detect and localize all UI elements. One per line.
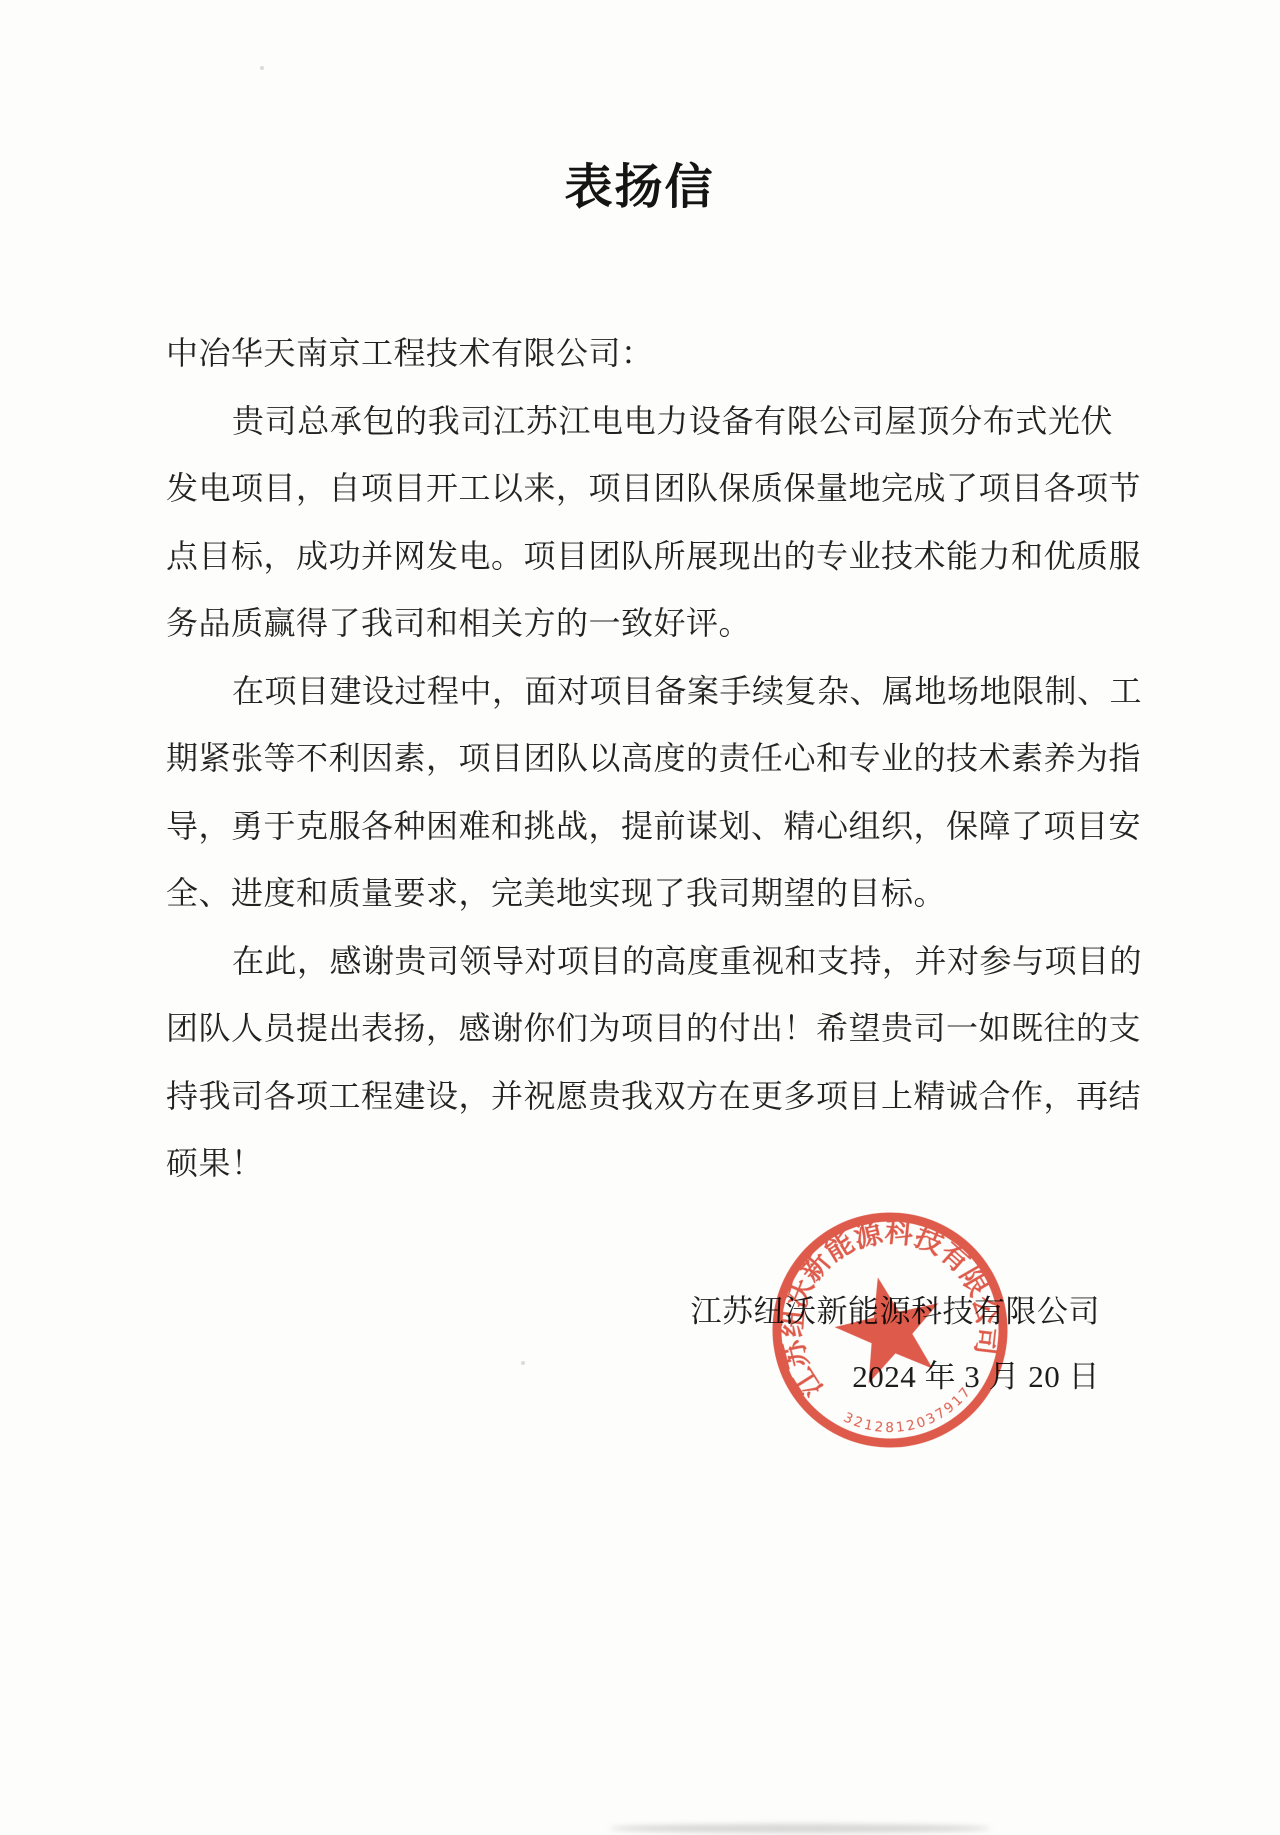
letter-title: 表扬信 [166,148,1113,217]
body-line: 持我司各项工程建设，并祝愿贵我双方在更多项目上精诚合作，再结 [166,1063,1113,1131]
body-line: 发电项目，自项目开工以来，项目团队保质保量地完成了项目各项节 [166,455,1113,523]
body-line: 导，勇于克服各种困难和挑战，提前谋划、精心组织，保障了项目安 [166,793,1113,861]
salutation: 中冶华天南京工程技术有限公司： [166,320,1113,388]
body-line: 在项目建设过程中，面对项目备案手续复杂、属地场地限制、工 [166,658,1113,726]
body-line: 在此，感谢贵司领导对项目的高度重视和支持，并对参与项目的 [166,928,1113,996]
page-edge-shadow [610,1824,990,1833]
body-line: 点目标，成功并网发电。项目团队所展现出的专业技术能力和优质服 [166,523,1113,591]
company-seal-graphic: 江苏纽沃新能源科技有限公司 3212812037917 [734,1174,1046,1486]
body-line: 团队人员提出表扬，感谢你们为项目的付出！希望贵司一如既往的支 [166,995,1113,1063]
scan-speck [260,66,264,70]
scan-speck [521,1361,525,1365]
letter-body: 中冶华天南京工程技术有限公司： 贵司总承包的我司江苏江电电力设备有限公司屋顶分布… [166,320,1113,1198]
body-line: 全、进度和质量要求，完美地实现了我司期望的目标。 [166,860,1113,928]
body-line: 贵司总承包的我司江苏江电电力设备有限公司屋顶分布式光伏 [166,388,1113,456]
company-seal: 江苏纽沃新能源科技有限公司 3212812037917 [734,1174,1046,1486]
seal-star-icon [826,1265,953,1388]
body-line: 期紧张等不利因素，项目团队以高度的责任心和专业的技术素养为指 [166,725,1113,793]
letter-page: 表扬信 中冶华天南京工程技术有限公司： 贵司总承包的我司江苏江电电力设备有限公司… [0,0,1280,1835]
body-line: 务品质赢得了我司和相关方的一致好评。 [166,590,1113,658]
